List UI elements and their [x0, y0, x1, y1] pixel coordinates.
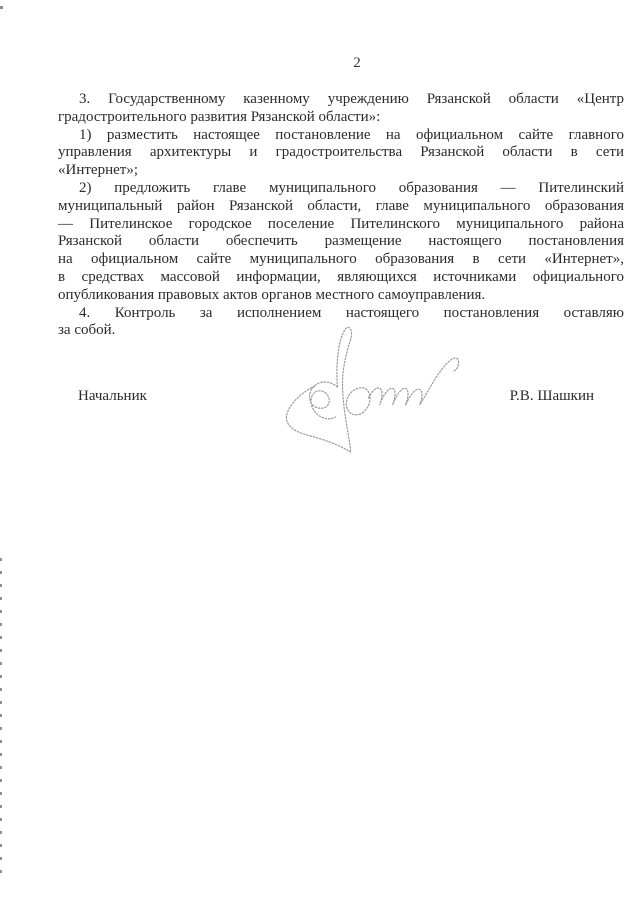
handwritten-signature-icon [278, 324, 483, 464]
document-body: 3. Государственному казенному учреждению… [58, 91, 624, 340]
paragraph-line: на официальном сайте муниципального обра… [58, 251, 624, 269]
paragraph-line: Рязанской области обеспечить размещение … [58, 233, 624, 251]
paragraph-line: «Интернет»; [58, 162, 624, 180]
scan-edge-artifacts [0, 558, 2, 883]
scanned-document-page: 2 3. Государственному казенному учрежден… [0, 0, 640, 905]
scan-speck [0, 6, 3, 9]
paragraph-line: в средствах массовой информации, являющи… [58, 269, 624, 287]
paragraph-line: 3. Государственному казенному учреждению… [58, 91, 624, 109]
paragraph-line: 4. Контроль за исполнением настоящего по… [58, 305, 624, 323]
paragraph-line: градостроительного развития Рязанской об… [58, 109, 624, 127]
paragraph-line: 1) разместить настоящее постановление на… [58, 127, 624, 145]
paragraph-line: 2) предложить главе муниципального образ… [58, 180, 624, 198]
paragraph-line: управления архитектуры и градостроительс… [58, 144, 624, 162]
signatory-name: Р.В. Шашкин [510, 388, 594, 405]
page-number: 2 [74, 55, 640, 72]
paragraph-line: опубликования правовых актов органов мес… [58, 287, 624, 305]
paragraph-line: — Пителинское городское поселение Пители… [58, 216, 624, 234]
signatory-title: Начальник [78, 388, 147, 405]
paragraph-line: муниципальный район Рязанской области, г… [58, 198, 624, 216]
